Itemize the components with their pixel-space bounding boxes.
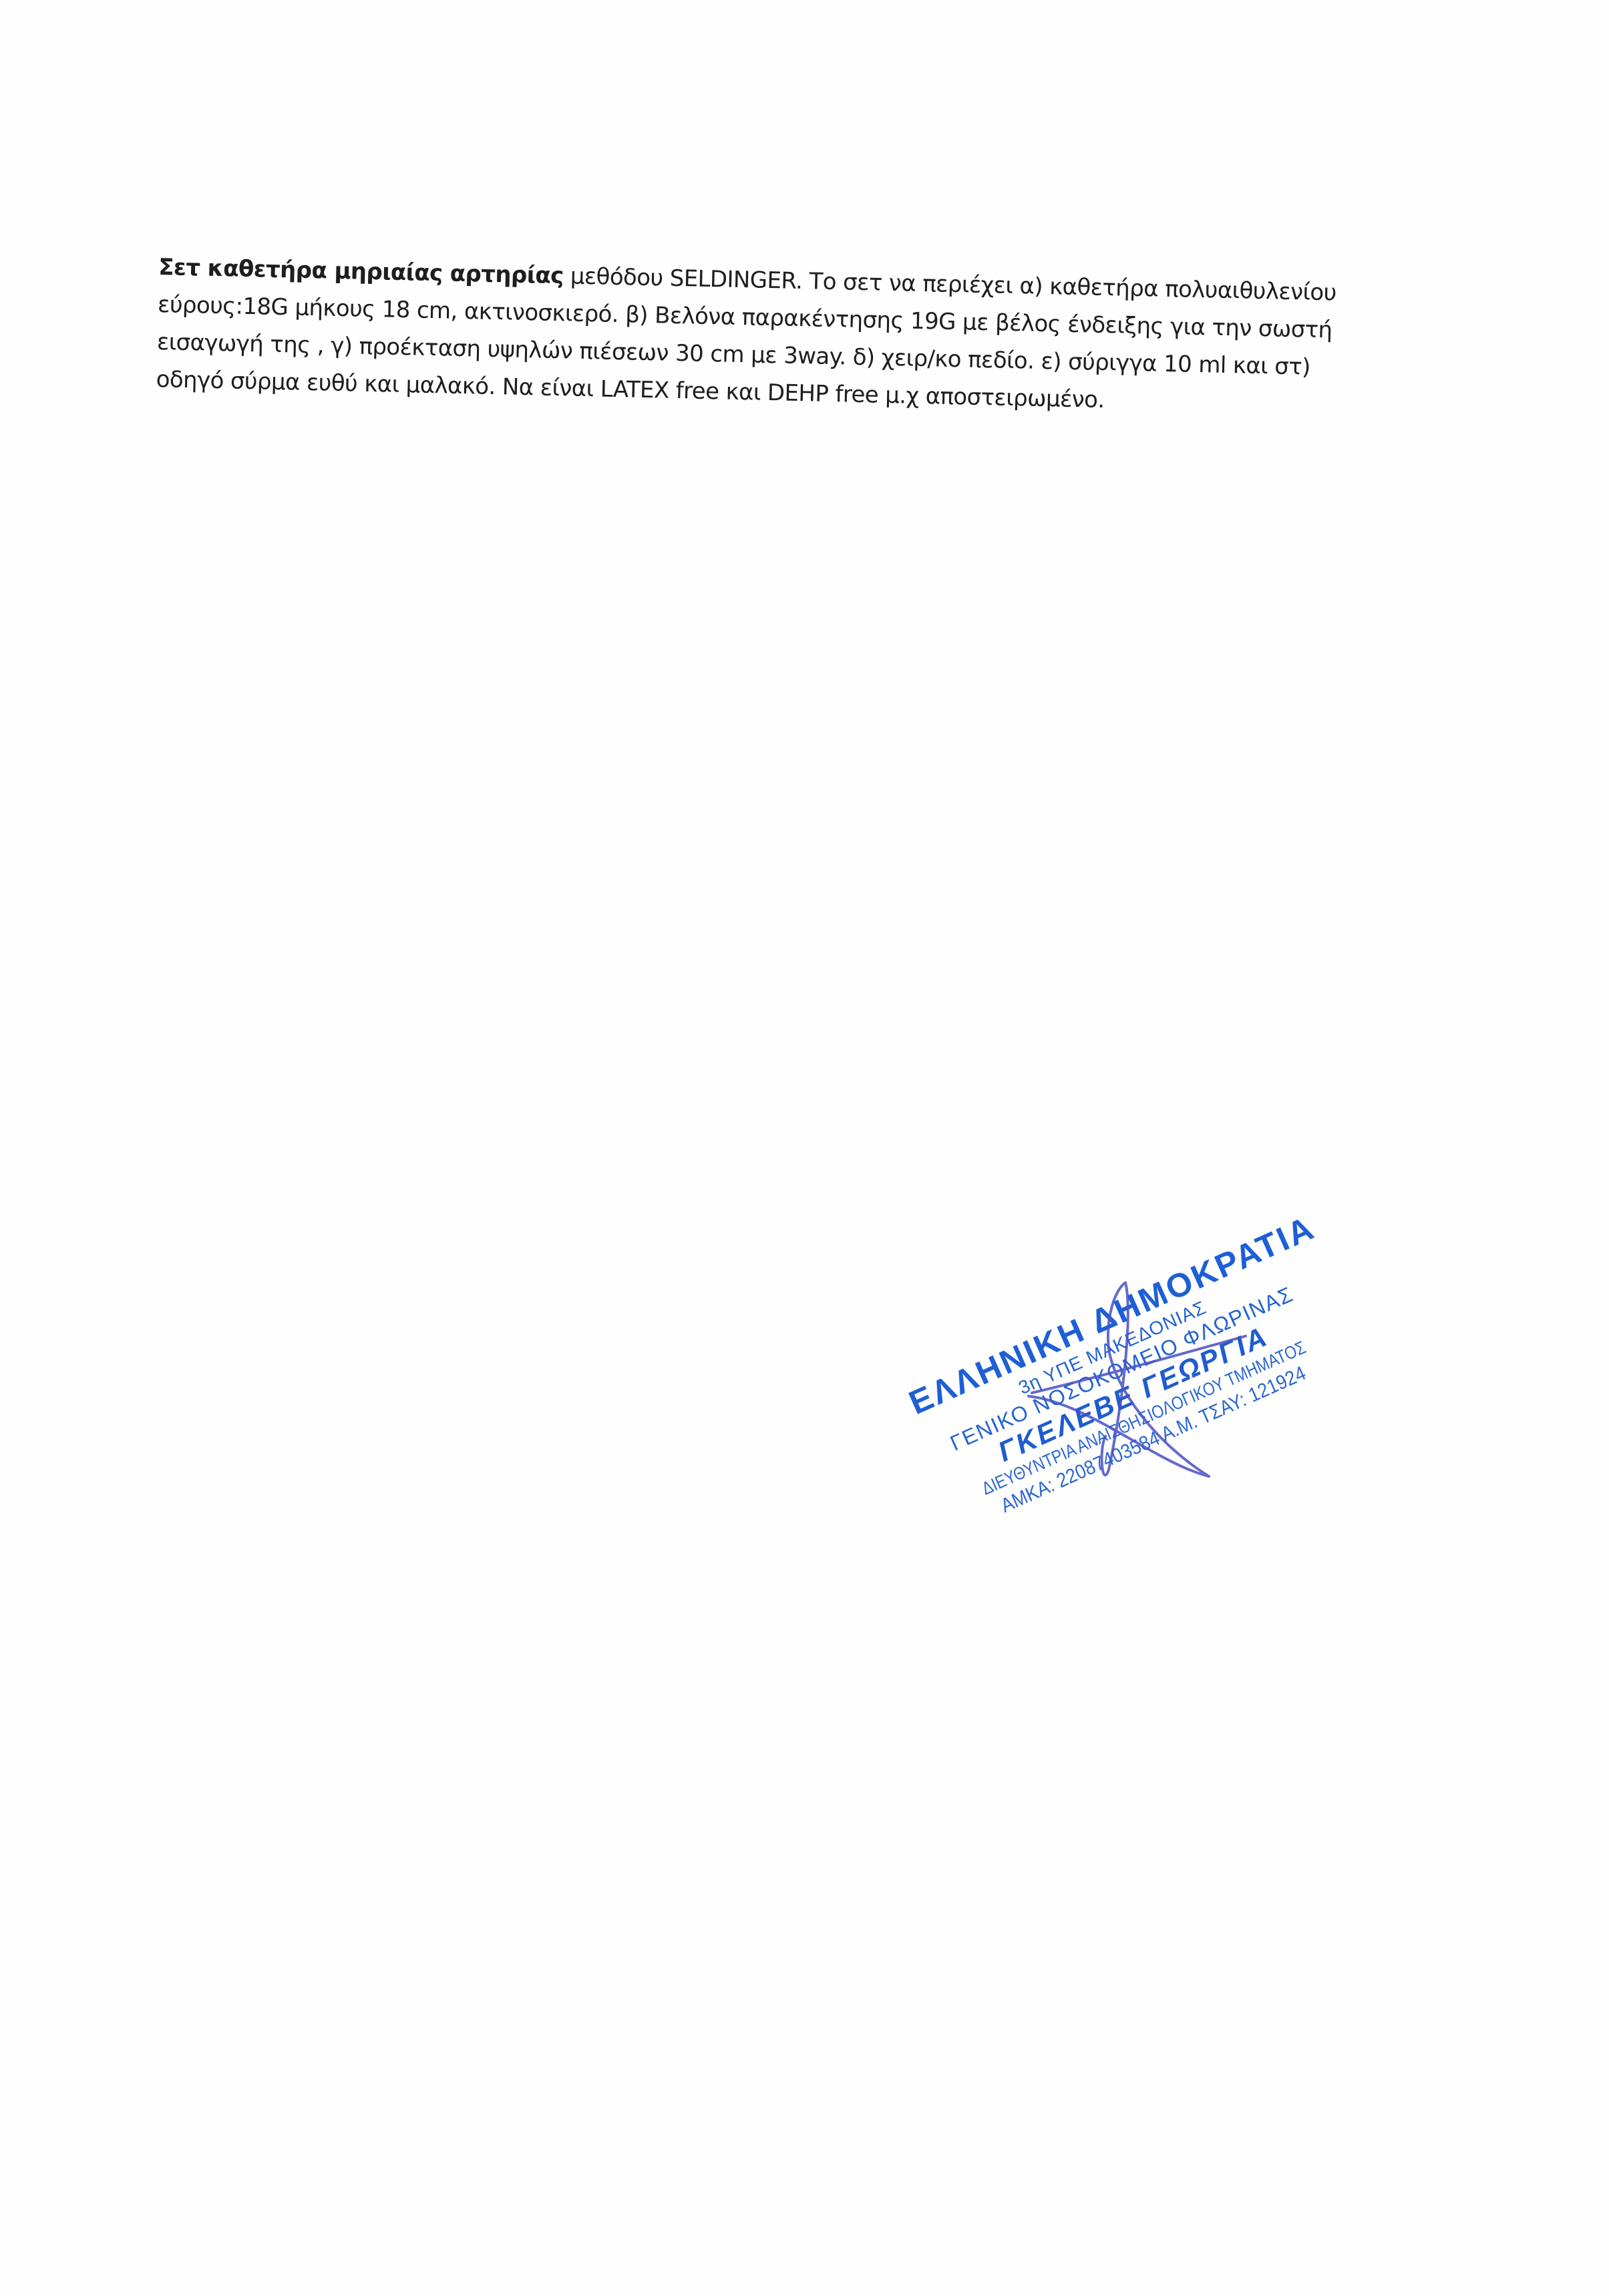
product-specification-paragraph: Σετ καθετήρα μηριαίας αρτηρίας μεθόδου S…	[156, 249, 1501, 428]
official-stamp: ΕΛΛΗΝΙΚΗ ΔΗΜΟΚΡΑΤΙΑ 3η ΥΠΕ ΜΑΚΕΔΟΝΙΑΣ ΓΕ…	[887, 1187, 1351, 1570]
document-page: Σετ καθετήρα μηριαίας αρτηρίας μεθόδου S…	[0, 0, 1609, 2296]
product-title: Σετ καθετήρα μηριαίας αρτηρίας	[158, 254, 564, 289]
